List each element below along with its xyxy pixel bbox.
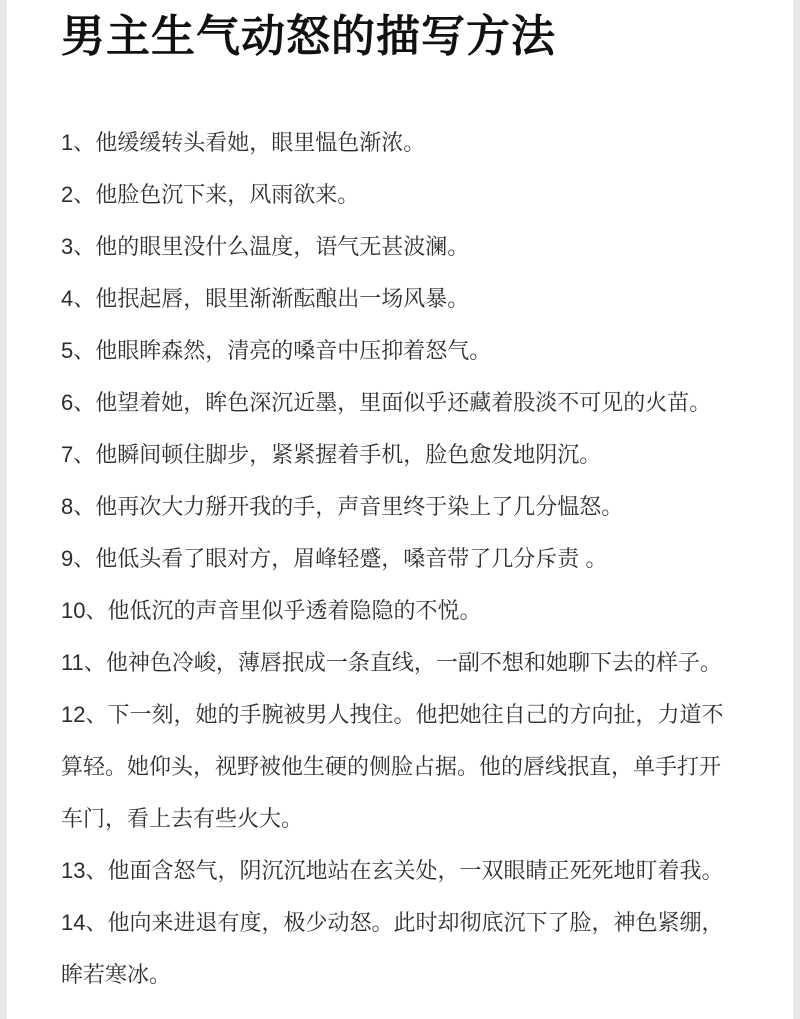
description-list: 1、他缓缓转头看她，眼里愠色渐浓。 2、他脸色沉下来，风雨欲来。 3、他的眼里没… — [61, 117, 739, 1001]
list-item: 6、他望着她，眸色深沉近墨，里面似乎还藏着股淡不可见的火苗。 — [61, 377, 739, 429]
list-item: 3、他的眼里没什么温度，语气无甚波澜。 — [61, 221, 739, 273]
list-item: 2、他脸色沉下来，风雨欲来。 — [61, 169, 739, 221]
list-item: 1、他缓缓转头看她，眼里愠色渐浓。 — [61, 117, 739, 169]
list-item: 14、他向来进退有度，极少动怒。此时却彻底沉下了脸，神色紧绷，眸若寒冰。 — [61, 897, 739, 1001]
list-item: 11、他神色冷峻，薄唇抿成一条直线，一副不想和她聊下去的样子。 — [61, 637, 739, 689]
page-title: 男主生气动怒的描写方法 — [61, 12, 745, 63]
list-item: 10、他低沉的声音里似乎透着隐隐的不悦。 — [61, 585, 739, 637]
document-page: 男主生气动怒的描写方法 1、他缓缓转头看她，眼里愠色渐浓。 2、他脸色沉下来，风… — [7, 0, 793, 1019]
list-item: 12、下一刻，她的手腕被男人拽住。他把她往自己的方向扯，力道不算轻。她仰头，视野… — [61, 689, 739, 845]
list-item: 13、他面含怒气，阴沉沉地站在玄关处，一双眼睛正死死地盯着我。 — [61, 845, 739, 897]
list-item: 7、他瞬间顿住脚步，紧紧握着手机，脸色愈发地阴沉。 — [61, 429, 739, 481]
list-item: 9、他低头看了眼对方，眉峰轻蹙，嗓音带了几分斥责 。 — [61, 533, 739, 585]
list-item: 5、他眼眸森然，清亮的嗓音中压抑着怒气。 — [61, 325, 739, 377]
list-item: 8、他再次大力掰开我的手，声音里终于染上了几分愠怒。 — [61, 481, 739, 533]
list-item: 4、他抿起唇，眼里渐渐酝酿出一场风暴。 — [61, 273, 739, 325]
